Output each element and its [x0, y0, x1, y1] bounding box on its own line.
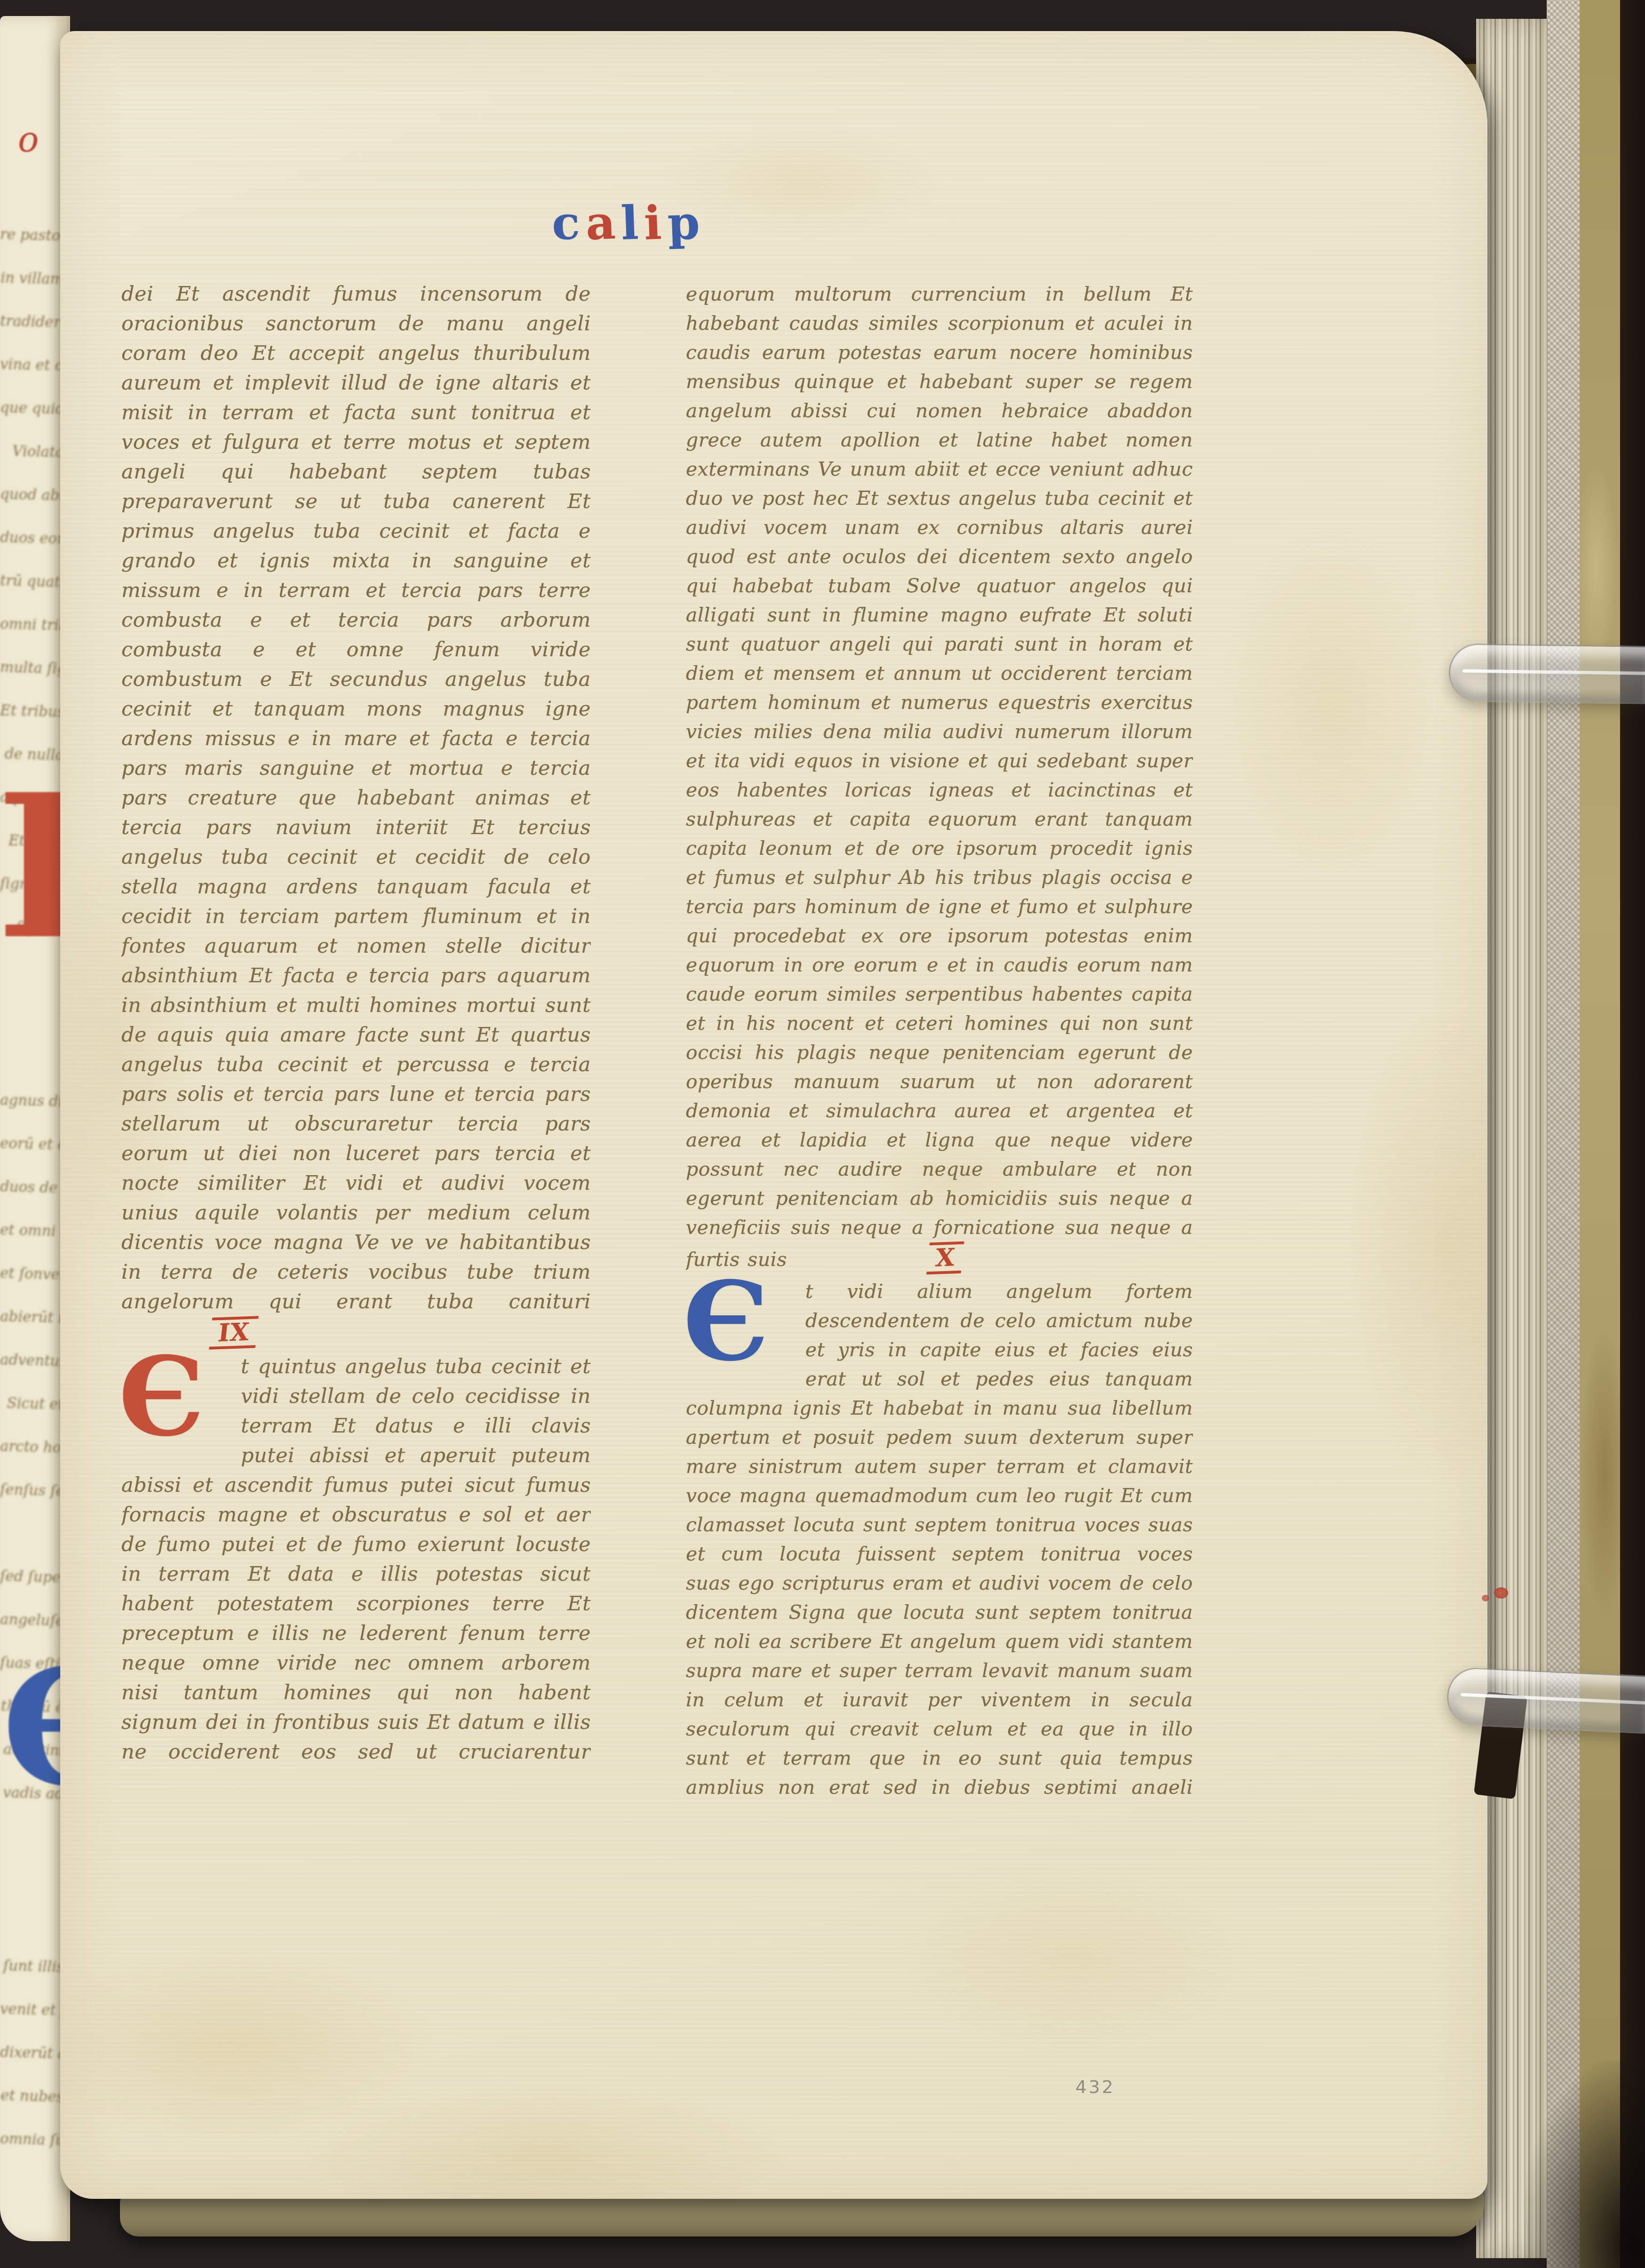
- previous-leaf-text-fragment: ſed ſuper: [0, 1554, 64, 1600]
- previous-leaf-text-fragment: Sicut et: [0, 1381, 64, 1426]
- previous-leaf-text-fragment: [0, 1857, 64, 1902]
- previous-leaf-text-fragment: adventurū: [0, 1338, 64, 1383]
- previous-leaf-text-fragment: multa ſigna: [0, 645, 64, 691]
- drop-initial-blue-e: Є: [686, 1281, 796, 1367]
- previous-leaf-text-fragment: et omni et: [0, 1208, 64, 1253]
- previous-leaf-text-fragment: ſenſus ſer: [0, 1468, 64, 1513]
- folio-number: 432: [1075, 2077, 1115, 2097]
- running-title-letter: i: [644, 200, 663, 247]
- binding-fabric-band: [1547, 0, 1581, 2268]
- cover-board-edge: [1620, 0, 1645, 2268]
- previous-leaf-text-fragment: abierūt in: [0, 1295, 64, 1340]
- previous-leaf-text-fragment: tradiderūt: [0, 299, 64, 344]
- previous-leaf-edge: o re pastorein villamtradiderūtvina et c…: [0, 16, 70, 2241]
- drop-initial-red-e: Є: [121, 1357, 231, 1442]
- previous-leaf-running-title-letter: o: [18, 119, 39, 160]
- previous-leaf-text-fragment: agnus dix: [0, 1078, 64, 1123]
- manuscript-photo: o re pastorein villamtradiderūtvina et c…: [0, 0, 1645, 2268]
- previous-leaf-text-fragment: dixerūt ad: [0, 2030, 64, 2076]
- previous-leaf-text-fragment: Violata: [0, 429, 64, 474]
- previous-leaf-text-fragment: arcto hoīm: [0, 1424, 64, 1470]
- previous-leaf-text-fragment: que quidē: [0, 386, 64, 431]
- previous-leaf-text-fragment: duos eorū: [0, 516, 64, 561]
- glass-rod-page-weight-upper: [1448, 643, 1645, 704]
- bottom-page-stack-edge: [120, 2193, 1484, 2236]
- glass-rod-page-weight-lower: [1446, 1666, 1645, 1734]
- running-title-letter: c: [551, 200, 580, 247]
- previous-leaf-text-fragment: re pastore: [0, 213, 64, 258]
- red-ink-speck: [1494, 1587, 1508, 1599]
- running-title-letter: l: [620, 200, 639, 247]
- previous-leaf-text-fragments: re pastorein villamtradiderūtvina et clā…: [0, 214, 64, 2161]
- manuscript-page: calip dei Et ascendit fumus incensorum d…: [60, 31, 1487, 2199]
- previous-leaf-text-fragment: trū quatuor: [0, 559, 64, 604]
- cover-vellum-edge: [1580, 0, 1621, 2268]
- previous-leaf-text-fragment: et nubes: [0, 2074, 64, 2119]
- previous-leaf-text-fragment: et ſonverūt: [0, 1251, 64, 1297]
- shadow-corner: [1524, 2061, 1645, 2268]
- chapter-numeral-x: X: [926, 1241, 964, 1275]
- previous-leaf-text-fragment: [0, 1511, 64, 1556]
- paragraph-revelation-9: Єt quintus angelus tuba cecinit et vidi …: [121, 1352, 591, 1766]
- column-right-para1-text: equorum multorum currencium in bellum Et…: [686, 283, 1193, 1271]
- column-left-para1-text: dei Et ascendit fumus incensorum de orac…: [121, 282, 591, 1313]
- previous-leaf-text-fragment: eorū et clā: [0, 1122, 64, 1167]
- previous-leaf-text-fragment: quod abiſſi: [0, 472, 64, 517]
- red-ink-speck-small: [1482, 1595, 1489, 1601]
- previous-leaf-text-fragment: omni tribus: [0, 602, 64, 647]
- paragraph-revelation-8: dei Et ascendit fumus incensorum de orac…: [121, 279, 591, 1349]
- previous-leaf-text-fragment: duos de v̄o: [0, 1165, 64, 1210]
- text-column-left: dei Et ascendit fumus incensorum de orac…: [121, 279, 591, 1766]
- previous-leaf-text-fragment: omnia ſup: [0, 2117, 64, 2162]
- running-title-letter: p: [667, 200, 700, 247]
- previous-leaf-text-fragment: Et tribus: [0, 689, 64, 734]
- previous-leaf-text-fragment: in villam: [0, 256, 64, 301]
- previous-leaf-initial-p: P: [0, 769, 70, 966]
- previous-leaf-text-fragment: [0, 992, 64, 1037]
- paragraph-revelation-10: Єt vidi alium angelum fortem descendente…: [686, 1277, 1193, 1794]
- paragraph-revelation-9b: equorum multorum currencium in bellum Et…: [686, 279, 1193, 1274]
- previous-leaf-text-fragment: ſunt illis: [0, 1944, 64, 1989]
- previous-leaf-text-fragment: [0, 1035, 64, 1080]
- running-title-letter: a: [585, 200, 616, 247]
- text-column-right: equorum multorum currencium in bellum Et…: [686, 279, 1193, 1794]
- previous-leaf-text-fragment: venit et ſ: [0, 1987, 64, 2032]
- previous-leaf-text-fragment: [0, 1901, 64, 1946]
- chapter-numeral-ix: IX: [209, 1316, 258, 1349]
- running-title: calip: [552, 200, 699, 247]
- previous-leaf-text-fragment: vina et clā: [0, 342, 64, 388]
